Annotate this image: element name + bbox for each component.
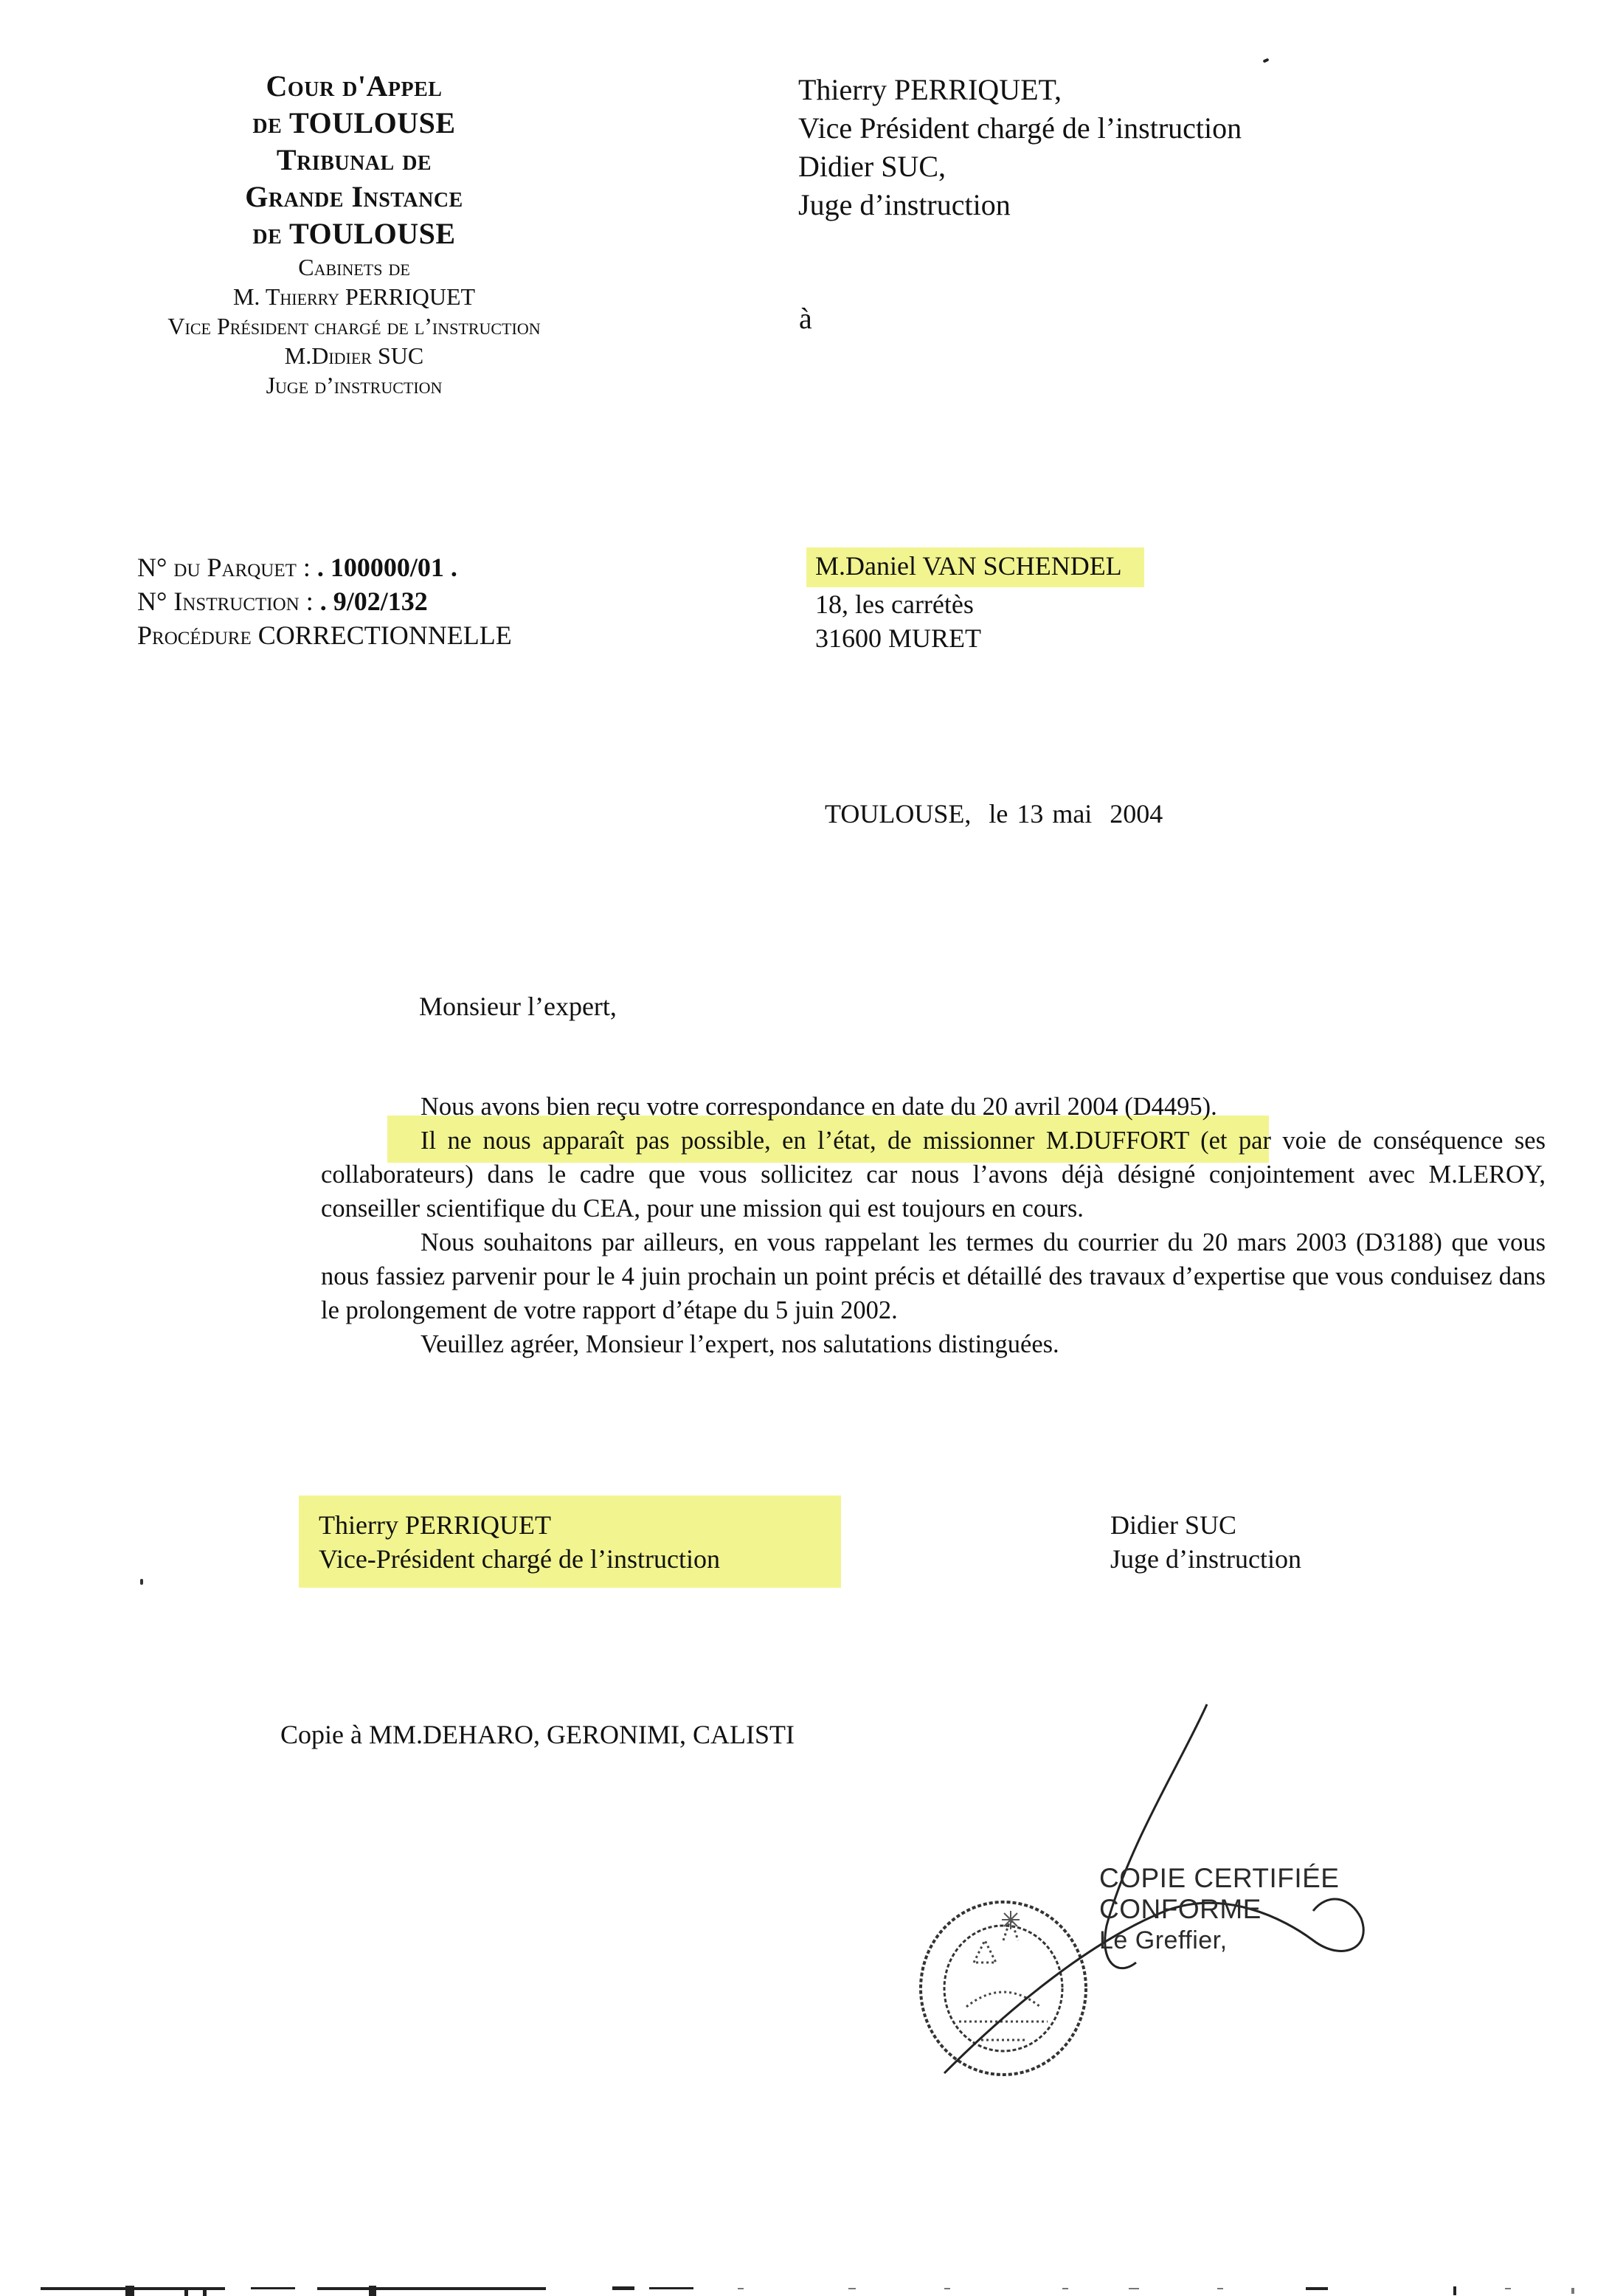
parquet-value: . 100000/01 . [317, 553, 457, 582]
cabinet-line: M.Didier SUC [111, 341, 598, 370]
instruction-label: N° Instruction : [137, 587, 314, 616]
certification-area: COPIE CERTIFIÉE CONFORME Le Greffier, [900, 1697, 1416, 2081]
letter-body: Nous avons bien reçu votre correspondanc… [321, 1090, 1546, 1361]
procedure-type: Procédure CORRECTIONNELLE [137, 618, 512, 652]
court-header: Cour d'Appel de TOULOUSE Tribunal de Gra… [111, 68, 598, 400]
signatory-title: Juge d’instruction [1110, 1542, 1301, 1576]
sender-line: Juge d’instruction [798, 186, 1242, 224]
cabinet-line: Cabinets de [111, 252, 598, 282]
certified-copy-stamp: COPIE CERTIFIÉE CONFORME Le Greffier, [1099, 1863, 1340, 1956]
court-header-line: Grande Instance [111, 179, 598, 215]
court-header-line: de TOULOUSE [111, 215, 598, 252]
certified-line: COPIE CERTIFIÉE [1099, 1863, 1340, 1894]
certified-line: CONFORME [1099, 1894, 1340, 1925]
copy-recipients: Copie à MM.DEHARO, GERONIMI, CALISTI [280, 1719, 795, 1750]
recipient-block: M.Daniel VAN SCHENDEL 18, les carrétès 3… [815, 547, 1144, 655]
recipient-address-line: 18, les carrétès [815, 587, 1144, 621]
body-paragraph: Nous souhaitons par ailleurs, en vous ra… [321, 1225, 1546, 1327]
to-label: à [799, 301, 812, 336]
highlighted-sentence: Il ne nous apparaît pas possible, en l’é… [421, 1127, 1189, 1155]
body-paragraph: Veuillez agréer, Monsieur l’expert, nos … [321, 1327, 1546, 1361]
reference-block: N° du Parquet : . 100000/01 . N° Instruc… [137, 550, 512, 652]
salutation: Monsieur l’expert, [419, 991, 617, 1022]
sender-line: Didier SUC, [798, 148, 1242, 186]
instruction-value: . 9/02/132 [320, 587, 428, 616]
sender-line: Thierry PERRIQUET, [798, 71, 1242, 109]
sender-line: Vice Président chargé de l’instruction [798, 109, 1242, 148]
court-header-line: Cour d'Appel [111, 68, 598, 105]
recipient-name: M.Daniel VAN SCHENDEL [806, 547, 1144, 587]
signature-left: Thierry PERRIQUET Vice-Président chargé … [319, 1508, 720, 1576]
parquet-number: N° du Parquet : . 100000/01 . [137, 550, 512, 584]
scan-speck [1263, 58, 1270, 63]
scan-edge-artifact [0, 2283, 1623, 2296]
procedure-value: CORRECTIONNELLE [258, 620, 512, 650]
body-paragraph: Nous avons bien reçu votre correspondanc… [321, 1090, 1546, 1124]
sender-block: Thierry PERRIQUET, Vice Président chargé… [798, 71, 1242, 224]
clerk-label: Le Greffier, [1099, 1925, 1340, 1956]
recipient-address-line: 31600 MURET [815, 621, 1144, 655]
signature-right: Didier SUC Juge d’instruction [1110, 1508, 1301, 1576]
signatory-name: Thierry PERRIQUET [319, 1508, 720, 1542]
cabinet-line: Juge d’instruction [111, 370, 598, 400]
body-paragraph: Il ne nous apparaît pas possible, en l’é… [321, 1124, 1546, 1225]
signatory-name: Didier SUC [1110, 1508, 1301, 1542]
court-header-line: Tribunal de [111, 142, 598, 179]
procedure-label: Procédure [137, 620, 252, 650]
parquet-label: N° du Parquet : [137, 553, 311, 582]
cabinet-line: M. Thierry PERRIQUET [111, 282, 598, 311]
date-line: TOULOUSE, le 13 mai 2004 [825, 798, 1163, 829]
cabinet-line: Vice Président chargé de l’instruction [111, 311, 598, 341]
court-header-line: de TOULOUSE [111, 105, 598, 142]
signatory-title: Vice-Président chargé de l’instruction [319, 1542, 720, 1576]
scan-speck [140, 1579, 143, 1585]
instruction-number: N° Instruction : . 9/02/132 [137, 584, 512, 618]
